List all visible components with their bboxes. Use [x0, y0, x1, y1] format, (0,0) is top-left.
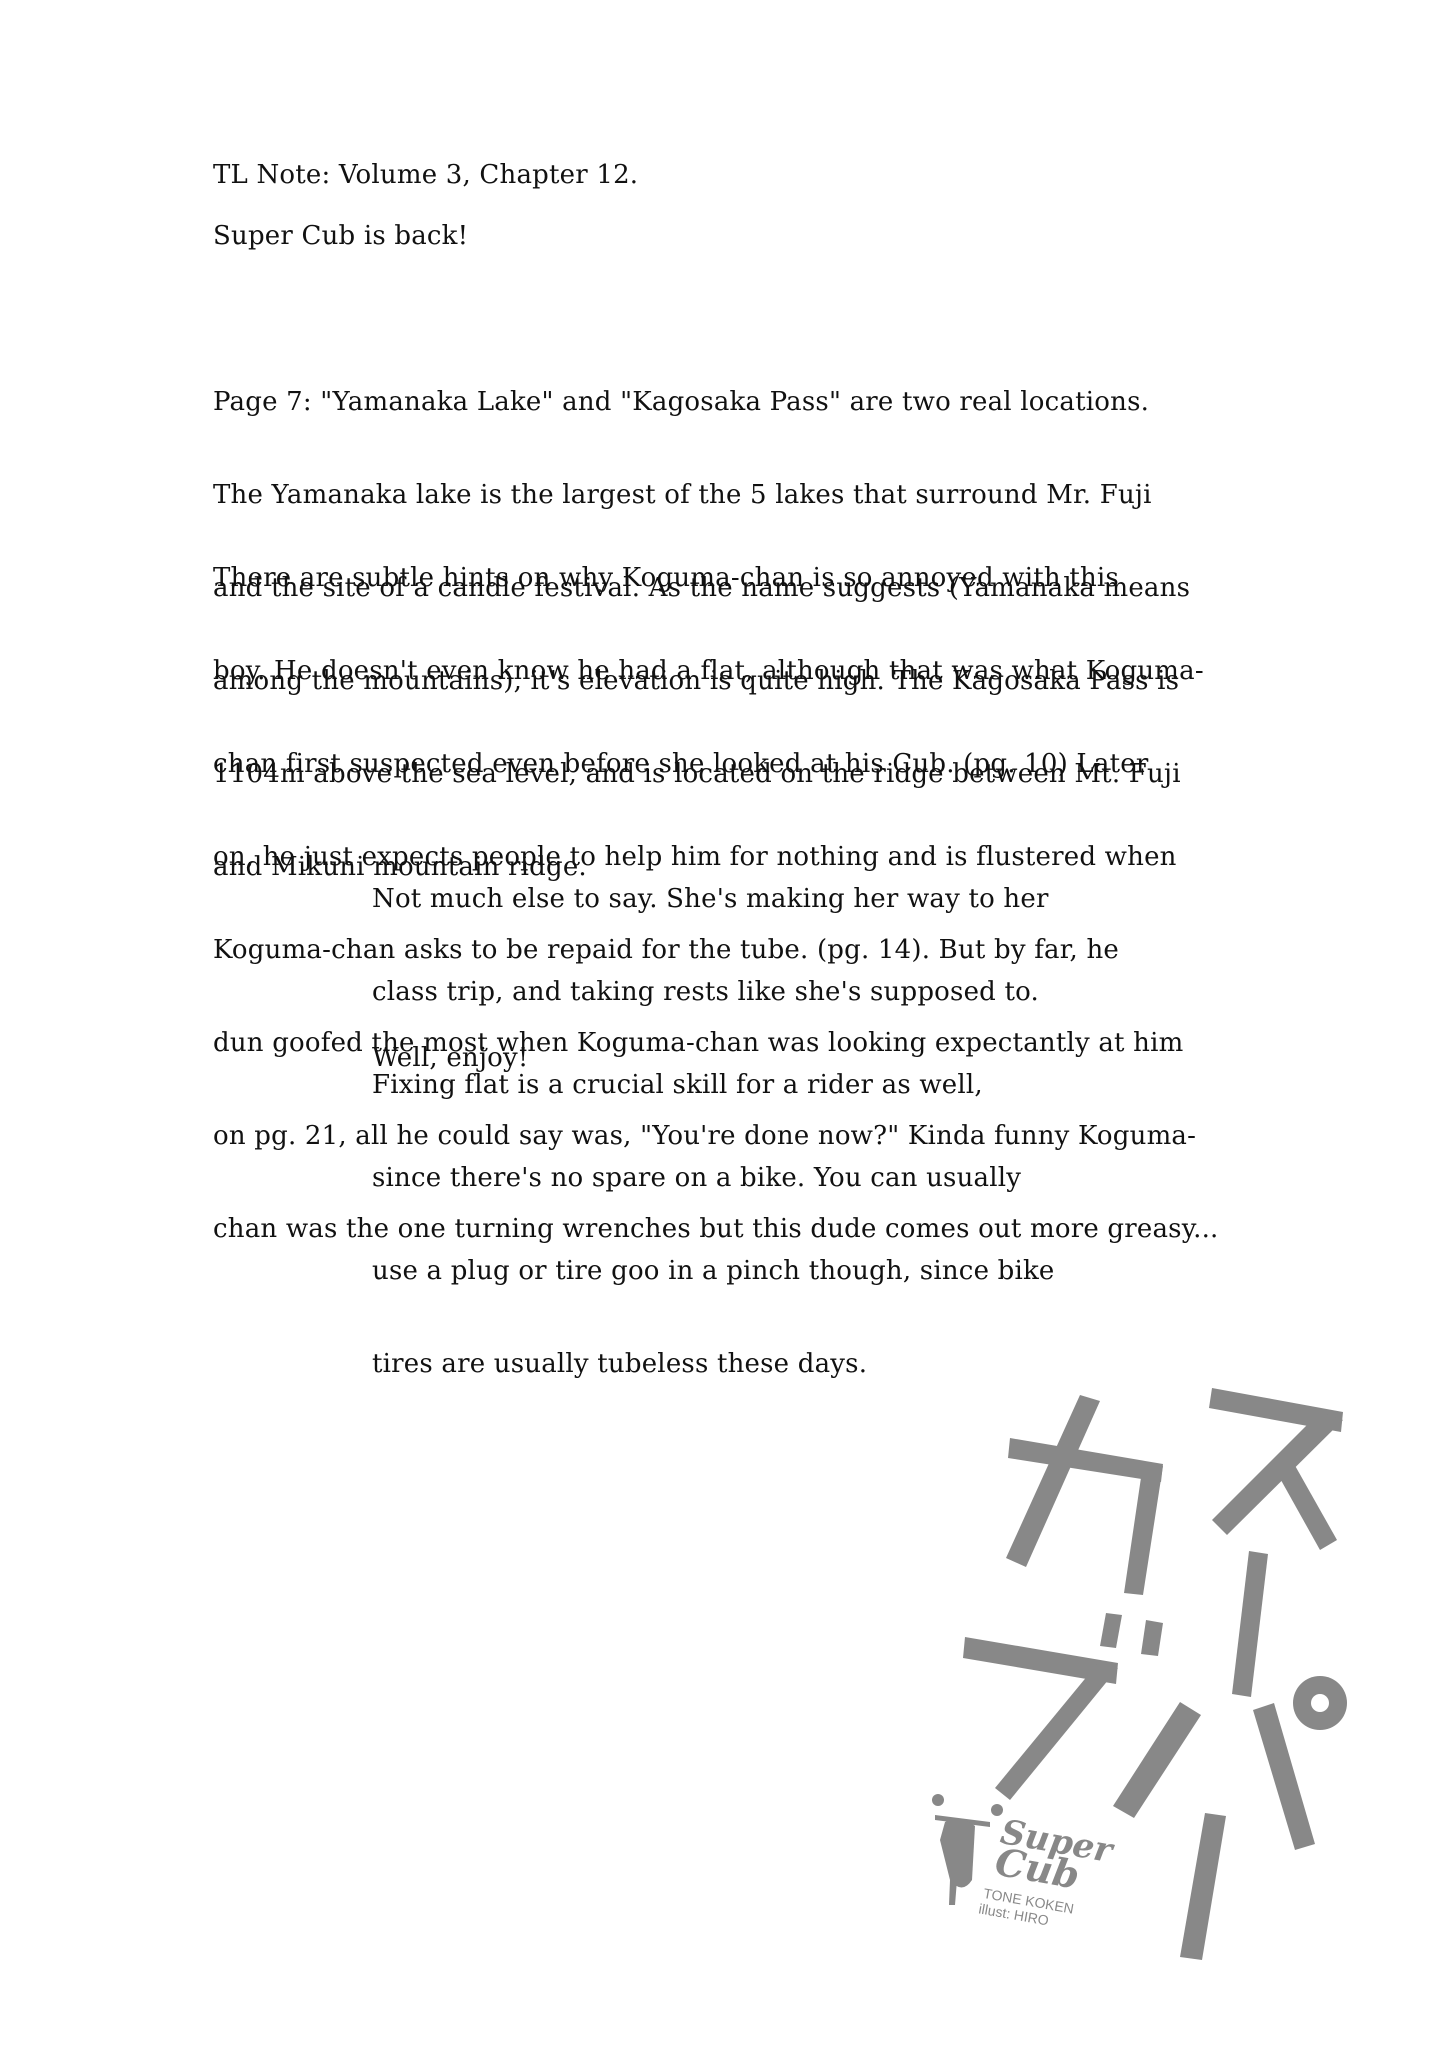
super-cub-title-logo: Super Cub TONE KOKEN illust: HIRO [0, 0, 1440, 2048]
katakana-long-vowel-1 [1232, 1551, 1268, 1697]
katakana-su [1209, 1388, 1343, 1550]
page: TL Note: Volume 3, Chapter 12. Super Cub… [0, 0, 1440, 2048]
katakana-bu [963, 1613, 1163, 1800]
katakana-ka [1006, 1395, 1163, 1595]
katakana-pa [1113, 1676, 1347, 1850]
katakana-long-vowel-2 [1180, 1813, 1226, 1960]
